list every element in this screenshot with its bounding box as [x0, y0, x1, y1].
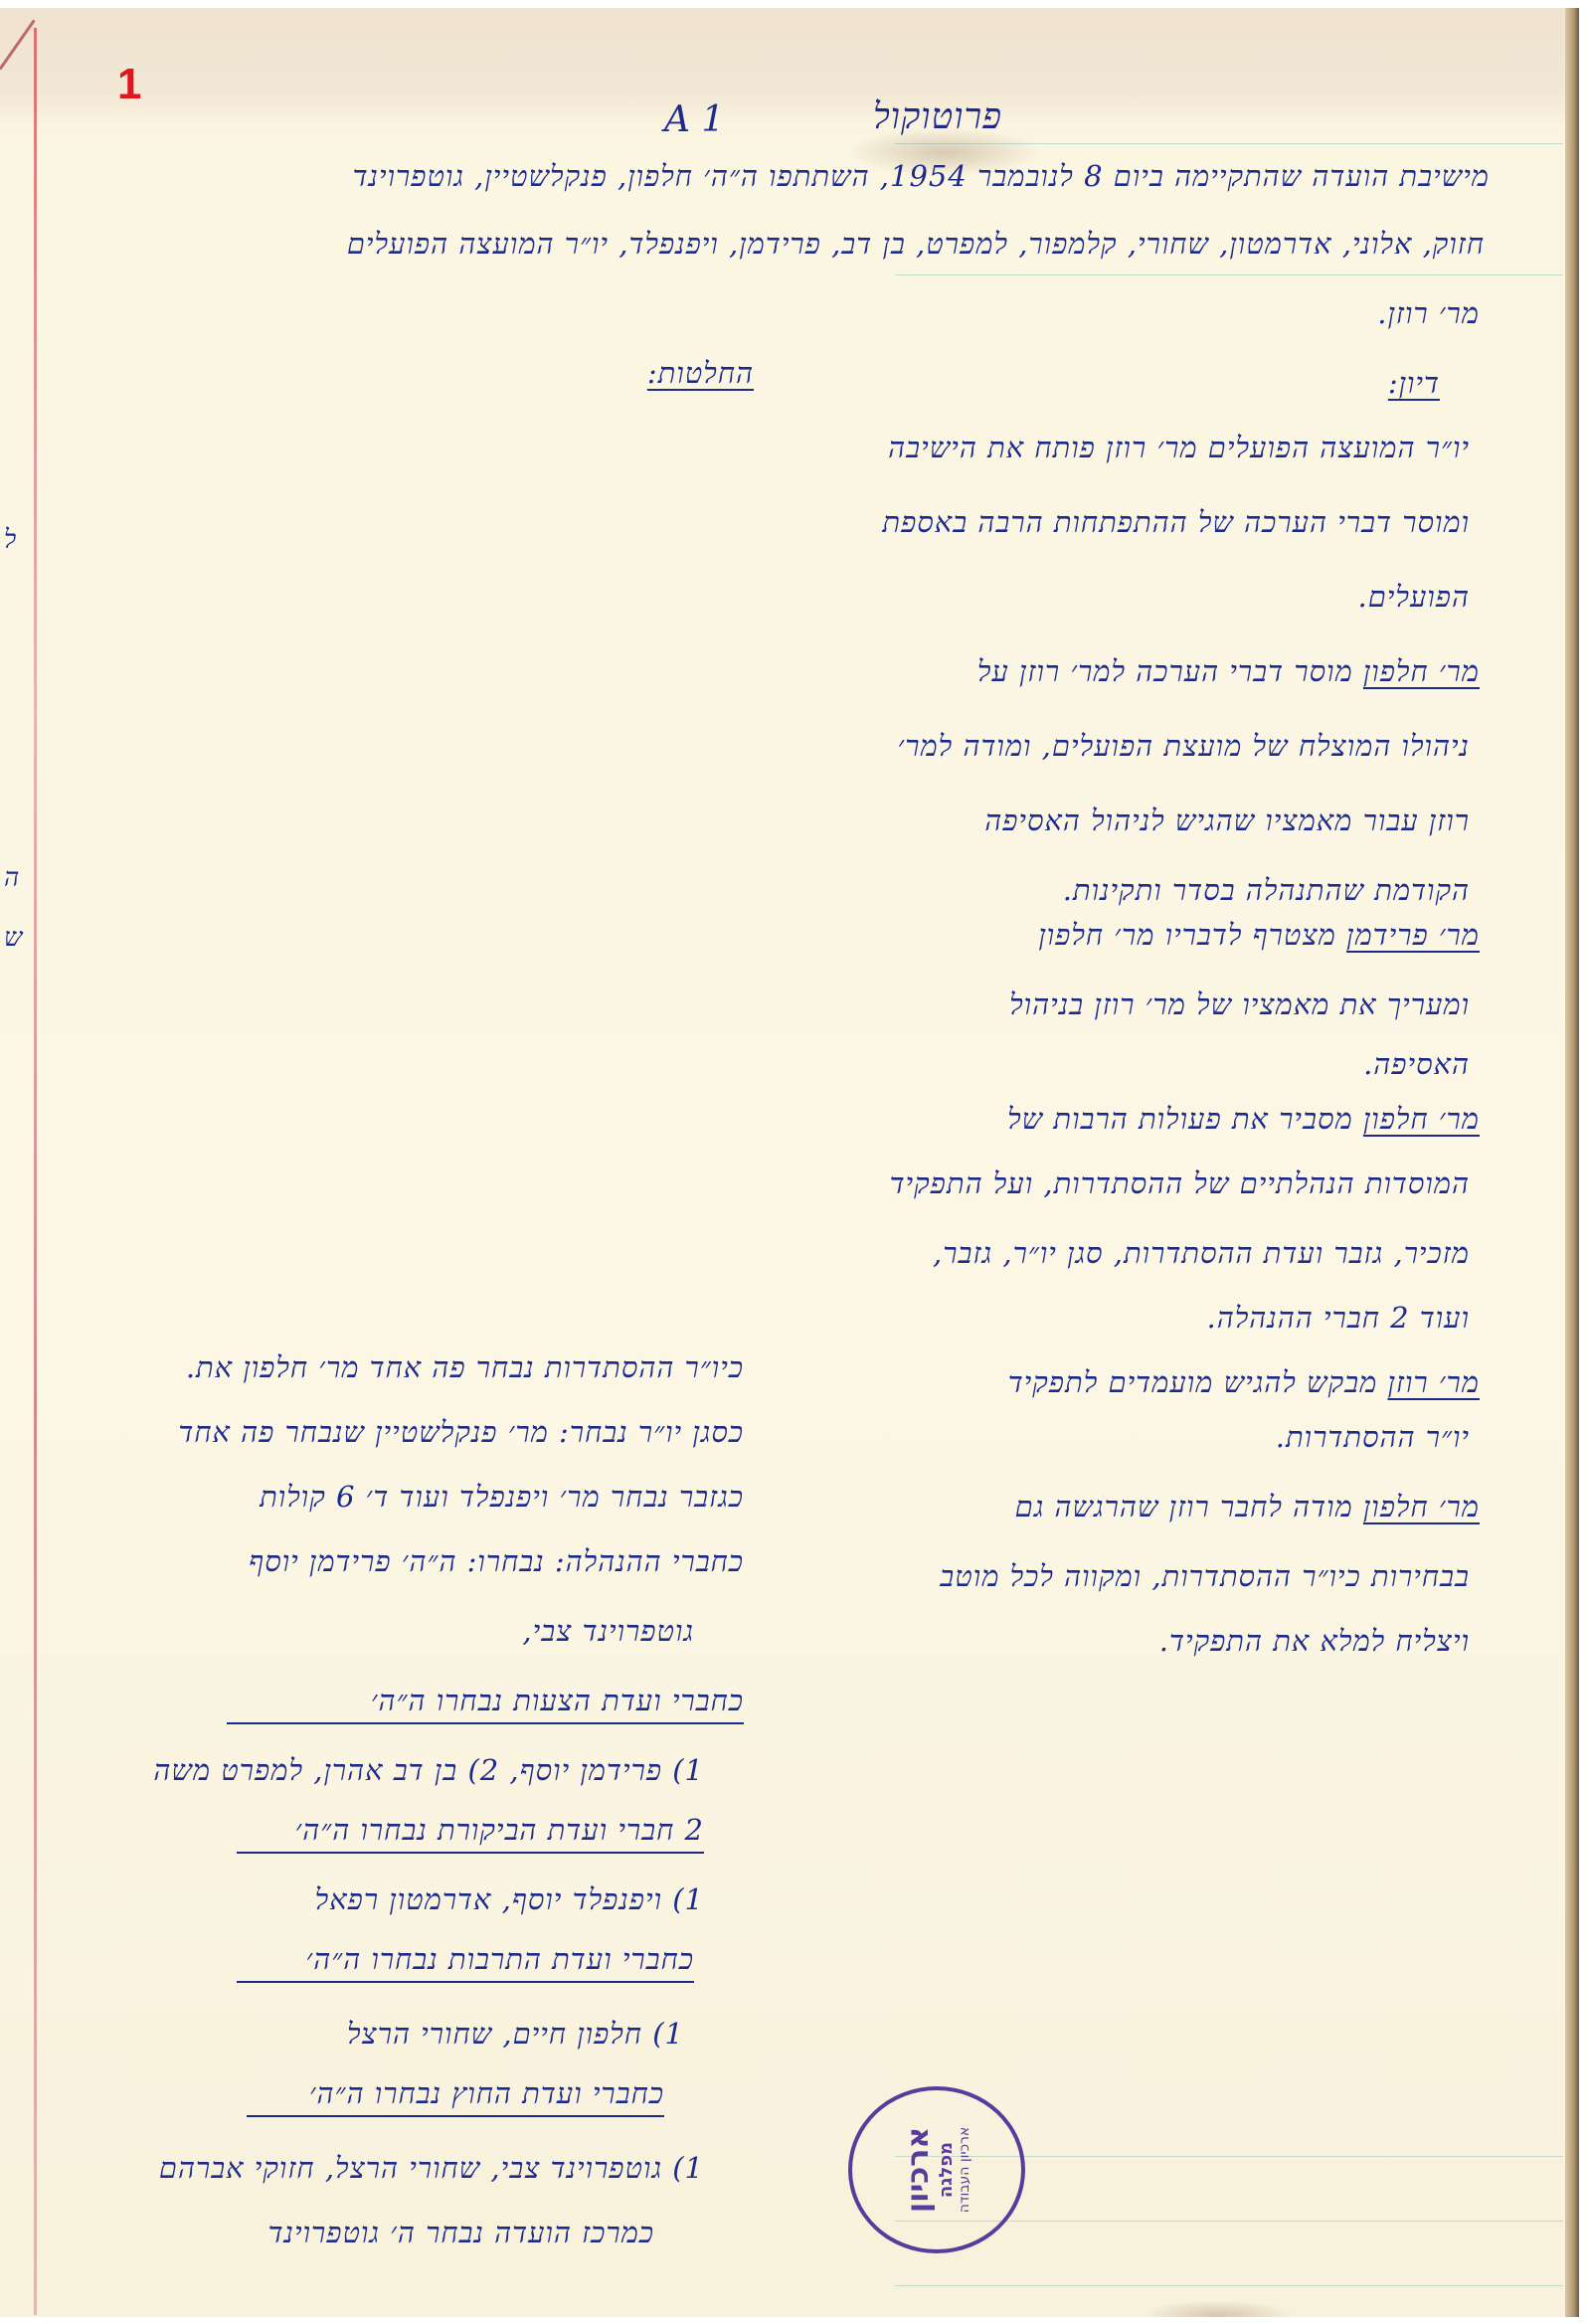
discussion-line: יו״ר ההסתדרות.	[1276, 1420, 1470, 1455]
stamp-main-text: ארכיון	[901, 2127, 936, 2213]
discussion-line: הקודמת שהתנהלה בסדר ותקינות.	[1063, 873, 1470, 908]
committee-members: 1) חלפון חיים, שחורי הרצל	[347, 2017, 684, 2052]
decision-line: כסגן יו״ר נבחר: מר׳ פנקלשטיין שנבחר פה א…	[178, 1415, 744, 1450]
discussion-line: ומוסר דברי הערכה של ההתפתחות הרבה באספת	[882, 505, 1470, 540]
page-top-band	[0, 8, 1579, 125]
header-line: חזוק, אלוני, אדרמטון, שחורי, קלמפור, למפ…	[347, 227, 1485, 262]
committee-note: כמרכז הועדה נבחר ה׳ גוטפרוינד	[268, 2216, 654, 2250]
paper-stain	[1144, 2300, 1293, 2317]
discussion-line: ועוד 2 חברי ההנהלה.	[1207, 1301, 1471, 1336]
discussion-line: מזכיר, גזבר ועדת ההסתדרות, סגן יו״ר, גזב…	[933, 1236, 1470, 1271]
header-line: מר׳ רוזן.	[1377, 296, 1480, 331]
margin-line	[34, 28, 37, 2315]
archive-stamp: ארכיון מפלגה ארכיון העבודה	[848, 2086, 1025, 2253]
ruled-line	[895, 2285, 1563, 2286]
header-line: מישיבת הועדה שהתקיימה ביום 8 לנובמבר 195…	[353, 159, 1490, 194]
speaker-name: מר׳ חלפון	[1363, 1490, 1480, 1523]
margin-note: ש	[4, 923, 22, 953]
speaker-entry: מר׳ חלפון מוסר דברי הערכה למר׳ רוזן על	[977, 654, 1480, 689]
discussion-line: ויצליח למלא את התפקיד.	[1159, 1624, 1470, 1659]
margin-note: ה	[4, 863, 19, 893]
document-title: פרוטוקול	[873, 95, 1002, 137]
speaker-name: מר׳ חלפון	[1363, 654, 1480, 688]
speaker-entry: מר׳ חלפון מסביר את פעולות הרבות של	[1007, 1102, 1480, 1137]
stamp-ring-text: ארכיון העבודה	[957, 2127, 972, 2213]
stamp-sub-text: מפלגה	[936, 2142, 957, 2198]
committee-members: 1) גוטפרוינד צבי, שחורי הרצל, חזוקי אברה…	[159, 2151, 704, 2186]
discussion-line: יו״ר המועצה הפועלים מר׳ רוזן פותח את היש…	[888, 431, 1470, 465]
decision-line: כחברי ההנהלה: נבחרו: ה״ה׳ פרידמן יוסף	[249, 1544, 744, 1579]
document-page: 1 A 1 פרוטוקול מישיבת הועדה שהתקיימה ביו…	[0, 8, 1579, 2317]
committee-heading: כחברי ועדת החוץ נבחרו ה״ה׳	[247, 2076, 664, 2117]
speaker-entry: מר׳ פרידמן מצטרף לדבריו מר׳ חלפון	[1038, 918, 1480, 953]
discussion-line: ניהולו המוצלח של מועצת הפועלים, ומודה למ…	[898, 729, 1470, 764]
speaker-name: מר׳ חלפון	[1363, 1102, 1480, 1136]
committee-heading: 2 חברי ועדת הביקורת נבחרו ה״ה׳	[237, 1813, 704, 1854]
committee-members: 1) פרידמן יוסף, 2) בן דב אהרן, למפרט משה	[153, 1753, 704, 1788]
decision-line: כגזבר נבחר מר׳ ויפנפלד ועוד ד׳ 6 קולות	[260, 1480, 744, 1515]
discussion-line: בבחירות כיו״ר ההסתדרות, ומקווה לכל מוטב	[940, 1559, 1470, 1594]
folio-mark: A 1	[664, 99, 724, 140]
page-number: 1	[117, 60, 141, 109]
decision-line: גוטפרוינד צבי,	[522, 1614, 694, 1649]
discussion-line: הפועלים.	[1357, 580, 1470, 615]
committee-heading: כחברי ועדת הצעות נבחרו ה״ה׳	[227, 1684, 744, 1724]
ruled-line	[895, 274, 1563, 275]
margin-note: ל	[4, 525, 16, 555]
speaker-name: מר׳ פרידמן	[1346, 918, 1480, 952]
discussion-heading: דיון:	[1388, 366, 1440, 401]
speaker-entry: מר׳ חלפון מודה לחבר רוזן שהרגשה גם	[1015, 1490, 1480, 1524]
decisions-heading: החלטות:	[647, 356, 754, 391]
discussion-line: המוסדות הנהלתיים של ההסתדרות, ועל התפקיד	[890, 1166, 1470, 1201]
discussion-line: האסיפה.	[1363, 1047, 1470, 1082]
decision-line: כיו״ר ההסתדרות נבחר פה אחד מר׳ חלפון את.	[186, 1350, 744, 1385]
committee-heading: כחברי ועדת התרבות נבחרו ה״ה׳	[237, 1942, 694, 1983]
speaker-name: מר׳ רוזן	[1388, 1365, 1481, 1399]
discussion-line: ומעריך את מאמציו של מר׳ רוזן בניהול	[1009, 987, 1470, 1022]
page-binding-edge	[1565, 8, 1579, 2317]
committee-members: 1) ויפנפלד יוסף, אדרמטון רפאל	[315, 1882, 704, 1917]
speaker-entry: מר׳ רוזן מבקש להגיש מועמדים לתפקיד	[1008, 1365, 1480, 1400]
discussion-line: רוזן עבור מאמציו שהגיש לניהול האסיפה	[984, 804, 1470, 838]
